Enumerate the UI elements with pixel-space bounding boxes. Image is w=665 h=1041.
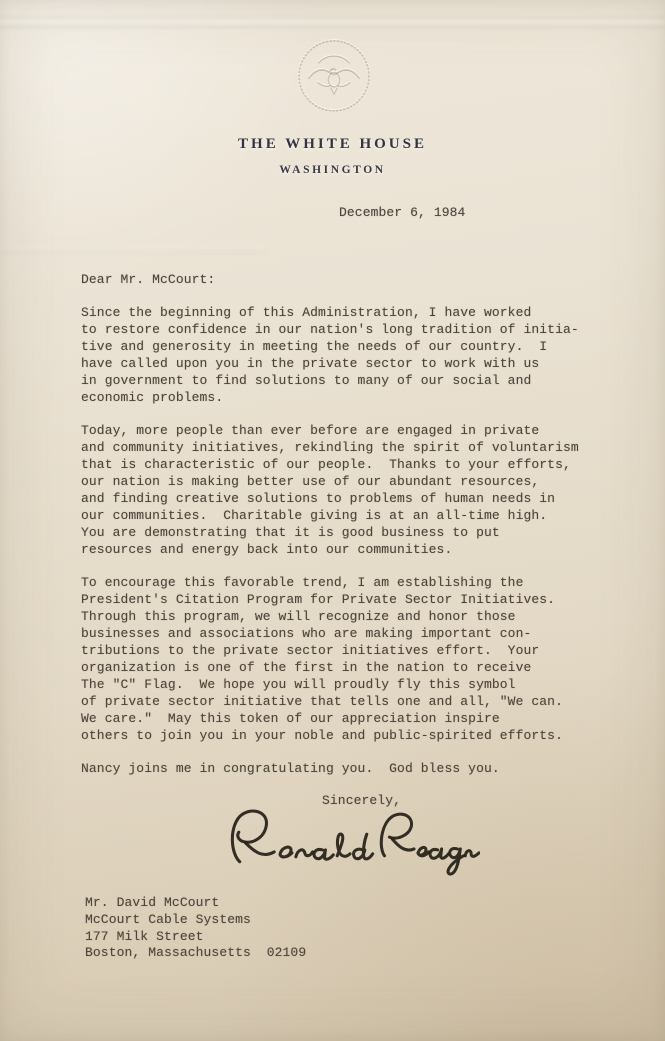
salutation: Dear Mr. McCourt: (81, 271, 601, 288)
letterhead-subtitle: WASHINGTON (0, 164, 665, 176)
letterhead-title: THE WHITE HOUSE (0, 136, 665, 153)
letter-photo: { "letterhead": { "title": "THE WHITE HO… (0, 0, 665, 1041)
letter-body: Dear Mr. McCourt: Since the beginning of… (81, 271, 601, 777)
paragraph-3: To encourage this favorable trend, I am … (81, 574, 601, 744)
letter-date: December 6, 1984 (339, 204, 465, 221)
signature-ronald-reagan (224, 804, 480, 884)
farewell-line: Nancy joins me in congratulating you. Go… (81, 760, 601, 777)
paragraph-1: Since the beginning of this Administrati… (81, 304, 601, 406)
recipient-address: Mr. David McCourt McCourt Cable Systems … (85, 895, 306, 962)
paragraph-2: Today, more people than ever before are … (81, 422, 601, 558)
paper-crease (0, 246, 266, 254)
presidential-seal-icon (296, 36, 372, 114)
paper-crease (0, 16, 665, 30)
